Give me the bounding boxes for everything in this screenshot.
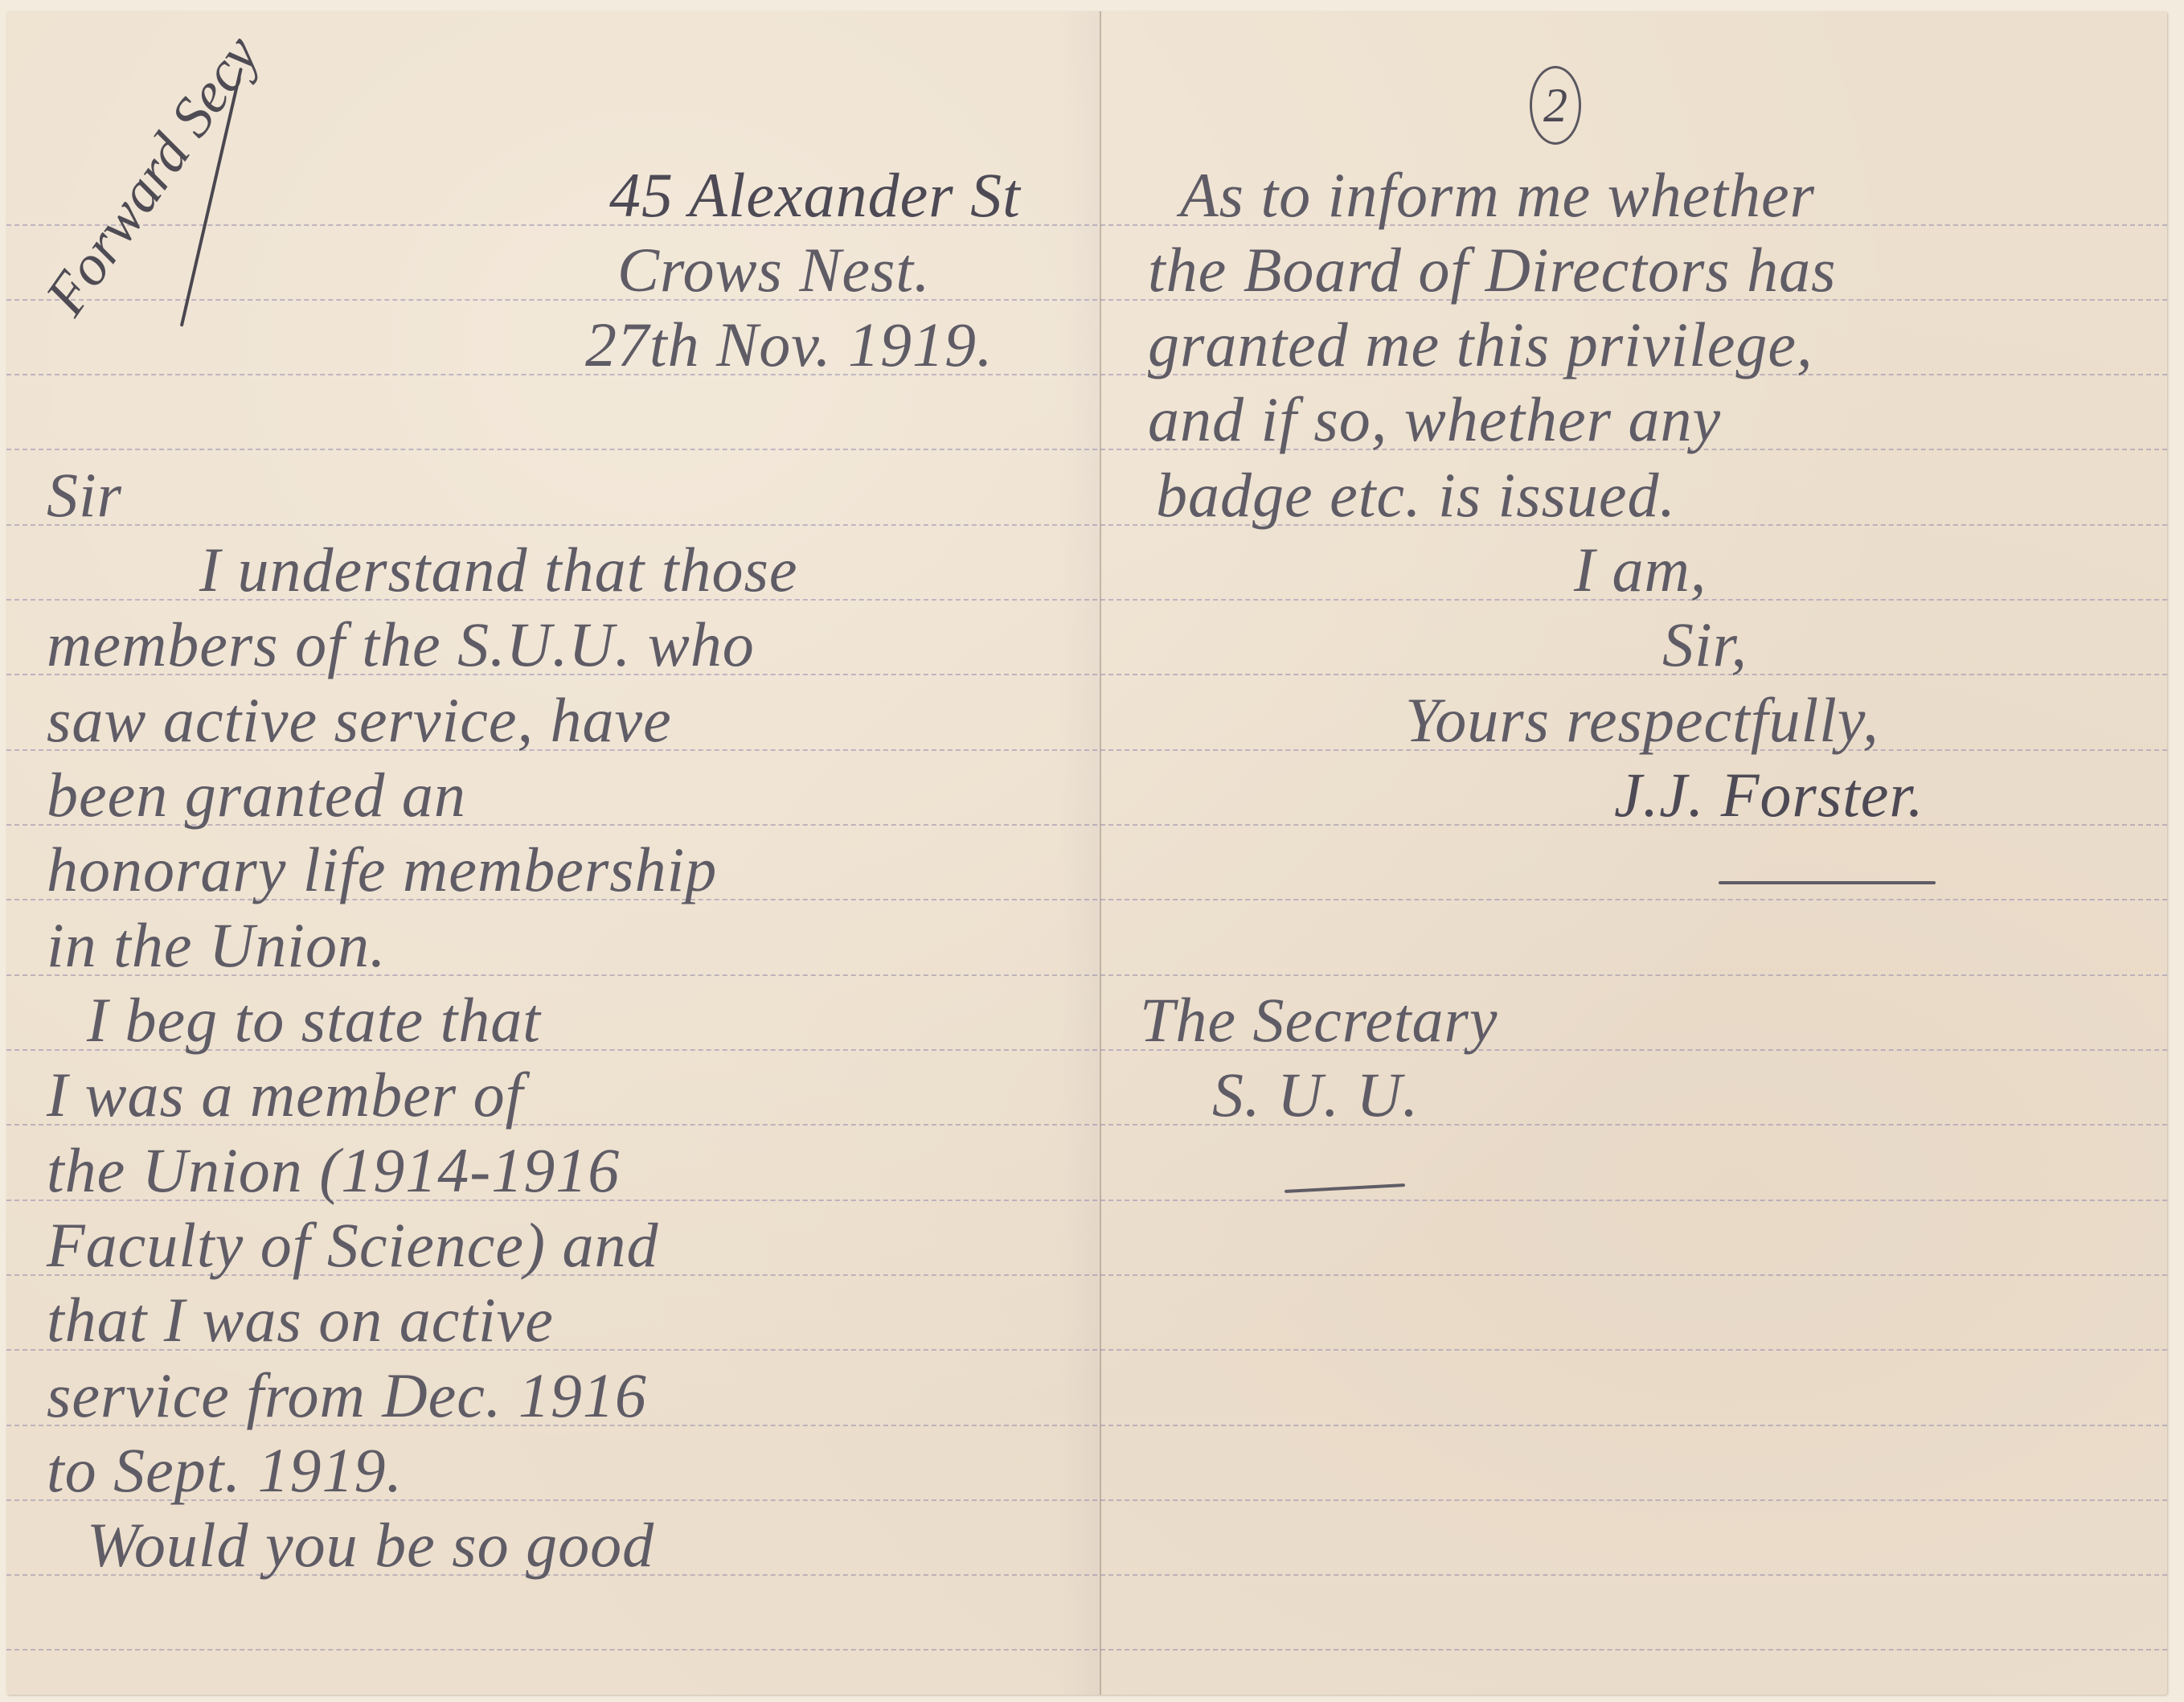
body-line-right: the Board of Directors has (1148, 239, 1837, 301)
signature: J.J. Forster. (1614, 764, 1924, 826)
body-line-right: As to inform me whether (1180, 164, 1815, 227)
body-line: I beg to state that (87, 989, 541, 1052)
closing-sir: Sir, (1662, 613, 1748, 676)
addressee-underline (1285, 1183, 1405, 1193)
body-line-right: badge etc. is issued. (1156, 464, 1676, 527)
ruled-line (6, 449, 2167, 450)
body-line: in the Union. (47, 914, 386, 977)
ruled-line (6, 374, 2167, 375)
body-line: members of the S.U.U. who (47, 613, 755, 676)
body-line: to Sept. 1919. (47, 1439, 403, 1502)
address-line-1: 45 Alexander St (609, 164, 1021, 227)
addressee-org: S. U. U. (1212, 1064, 1419, 1126)
body-line: been granted an (47, 764, 466, 826)
body-line: that I was on active (47, 1289, 554, 1351)
address-line-2: Crows Nest. (617, 239, 931, 301)
body-line: I was a member of (47, 1064, 523, 1126)
letter-sheet: Forward Secy 45 Alexander St Crows Nest.… (6, 11, 2167, 1695)
fold-shadow (1059, 11, 1100, 1695)
ruled-line (6, 224, 2167, 226)
page-number-circle: 2 (1530, 66, 1581, 145)
body-line: honorary life membership (47, 839, 717, 901)
body-line: Faculty of Science) and (47, 1214, 659, 1277)
body-line: the Union (1914-1916 (47, 1139, 620, 1202)
closing-i-am: I am, (1574, 539, 1707, 601)
signature-underline (1719, 881, 1936, 884)
ruled-line (6, 299, 2167, 301)
ruled-line (6, 1649, 2167, 1651)
letter-date: 27th Nov. 1919. (585, 314, 994, 376)
body-line: I understand that those (199, 539, 797, 601)
body-line: saw active service, have (47, 689, 672, 752)
closing-yours-respectfully: Yours respectfully, (1405, 689, 1879, 752)
body-line-right: granted me this privilege, (1148, 314, 1813, 376)
salutation: Sir (47, 464, 122, 527)
body-line: Would you be so good (87, 1514, 654, 1577)
body-line: service from Dec. 1916 (47, 1364, 647, 1427)
center-fold-line (1100, 11, 1101, 1695)
addressee-title: The Secretary (1140, 989, 1498, 1052)
forward-annotation: Forward Secy (32, 23, 272, 327)
ruled-line (6, 524, 2167, 526)
body-line-right: and if so, whether any (1148, 388, 1721, 451)
